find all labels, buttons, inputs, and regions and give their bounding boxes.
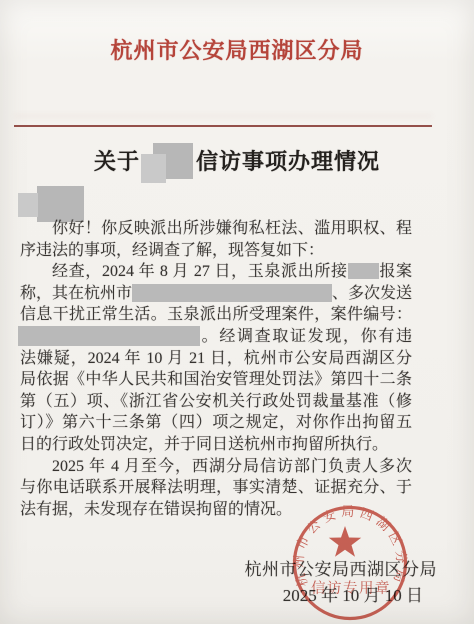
body-text-segment: 称，其在杭州市 [20,285,132,302]
title-suffix: 信访事项办理情况 [196,145,380,176]
redaction-block-inline [348,263,379,279]
document-title: 关于 信访事项办理情况 [0,145,474,176]
body-line: 信息干扰正常生活。玉泉派出所受理案件，案件编号： [20,304,412,326]
body-line: 与你电话联系开展释法明理，事实清楚、证据充分、于 [20,477,412,499]
body-line: 日的行政处罚决定，并于同日送杭州市拘留所执行。 [20,434,412,456]
body-line: 法嫌疑，2024 年 10 月 21 日，杭州市公安局西湖区分 [20,348,412,370]
body-line: 局依据《中华人民共和国治安管理处罚法》第四十二条 [20,369,412,391]
redaction-block-case-number [18,326,200,346]
official-seal: 杭州市公安局西湖区分局 信访专用章 [288,504,412,624]
letter-body: 你好！你反映派出所涉嫌徇私枉法、滥用职权、程 序违法的事项，经调查了解，现答复如… [20,218,412,520]
body-line: 经查，2024 年 8 月 27 日，玉泉派出所接报案 [20,261,412,283]
body-line: 序违法的事项，经调查了解，现答复如下： [20,240,412,262]
body-text-segment: 报案 [379,263,412,280]
body-line: 第（五）项、《浙江省公安机关行政处罚裁量基准（修 [20,391,412,413]
body-line: 你好！你反映派出所涉嫌徇私枉法、滥用职权、程 [20,218,412,240]
title-prefix: 关于 [94,145,140,176]
letterhead-agency: 杭州市公安局西湖区分局 [0,34,474,65]
document-page: 杭州市公安局西湖区分局 关于 信访事项办理情况 你好！你反映派出所涉嫌徇私枉法、… [0,0,474,624]
star-icon [329,526,361,557]
seal-bottom-text: 信访专用章 [311,579,391,597]
redaction-block-addressee [37,186,84,222]
body-text-segment: 、多次发送 [332,285,412,302]
redaction-block-title-2 [141,154,166,183]
body-line: 。经调查取证发现，你有违 [20,326,412,348]
body-line: 2025 年 4 月至今，西湖分局信访部门负责人多次 [20,456,412,478]
redaction-block-addressee-2 [18,193,38,217]
body-line: 称，其在杭州市、多次发送 [20,283,412,305]
body-text-segment: 。经调查取证发现，你有违 [200,328,412,345]
letterhead-rule [14,125,432,127]
body-text-segment: 经查，2024 年 8 月 27 日，玉泉派出所接 [52,263,348,280]
body-line: 订）》第六十三条第（四）项之规定，对你作出拘留五 [20,412,412,434]
redaction-block-inline [132,284,332,302]
